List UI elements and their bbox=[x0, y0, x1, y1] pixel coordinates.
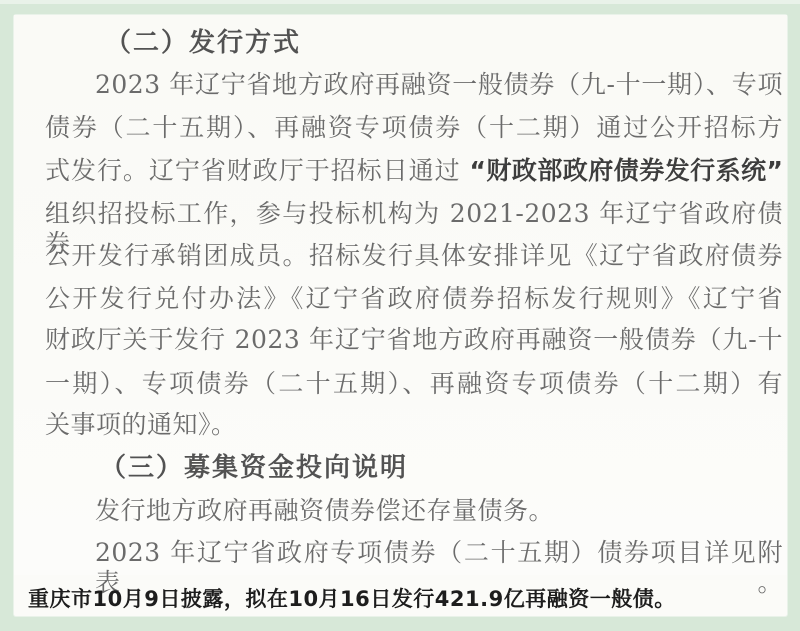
doc-line-text: 公开发行兑付办法》《辽宁省政府债券招标发行规则》《辽宁省 bbox=[45, 284, 783, 313]
doc-line-text: 债券（二十五期）、再融资专项债券（十二期）通过公开招标方 bbox=[45, 113, 783, 142]
section-heading-fund-use: （三）募集资金投向说明 bbox=[100, 453, 408, 483]
screenshot-background: （二）发行方式 2023 年辽宁省地方政府再融资一般债券（九-十一期）、专项 债… bbox=[0, 0, 800, 631]
doc-line: 2023 年辽宁省地方政府再融资一般债券（九-十一期）、专项 bbox=[45, 70, 783, 100]
news-caption: 重庆市10月9日披露，拟在10月16日发行421.9亿再融资一般债。 bbox=[28, 585, 777, 613]
doc-line-text: 公开发行承销团成员。招标发行具体安排详见《辽宁省政府债券 bbox=[45, 241, 783, 270]
doc-line: 公开发行兑付办法》《辽宁省政府债券招标发行规则》《辽宁省 bbox=[45, 284, 783, 314]
section-heading-issuance-method: （二）发行方式 bbox=[105, 28, 301, 58]
doc-line-text: 发行地方政府再融资债券偿还存量债务。 bbox=[95, 496, 554, 525]
doc-line-text: 式发行。辽宁省财政厅于招标日通过 bbox=[45, 156, 469, 185]
scanned-document-area: （二）发行方式 2023 年辽宁省地方政府再融资一般债券（九-十一期）、专项 债… bbox=[14, 15, 787, 575]
doc-line: 发行地方政府再融资债券偿还存量债务。 bbox=[45, 496, 783, 526]
doc-line-text: 2023 年辽宁省地方政府再融资一般债券（九-十一期）、专项 bbox=[95, 70, 783, 99]
document-page: （二）发行方式 2023 年辽宁省地方政府再融资一般债券（九-十一期）、专项 债… bbox=[14, 15, 787, 616]
doc-line: 一期）、专项债券（二十五期）、再融资专项债券（十二期）有 bbox=[45, 369, 783, 399]
doc-line: 财政厅关于发行 2023 年辽宁省地方政府再融资一般债券（九-十 bbox=[45, 325, 783, 355]
doc-line: 式发行。辽宁省财政厅于招标日通过 “财政部政府债券发行系统” bbox=[45, 156, 783, 186]
doc-line-text: 财政厅关于发行 2023 年辽宁省地方政府再融资一般债券（九-十 bbox=[45, 325, 783, 354]
doc-line-text: 一期）、专项债券（二十五期）、再融资专项债券（十二期）有 bbox=[45, 369, 783, 398]
doc-line: 关事项的通知》。 bbox=[45, 410, 783, 440]
doc-line: 债券（二十五期）、再融资专项债券（十二期）通过公开招标方 bbox=[45, 113, 783, 143]
doc-line: 公开发行承销团成员。招标发行具体安排详见《辽宁省政府债券 bbox=[45, 241, 783, 271]
doc-line-text: 关事项的通知》。 bbox=[45, 410, 237, 439]
doc-line-bold-quote: “财政部政府债券发行系统” bbox=[469, 156, 783, 185]
